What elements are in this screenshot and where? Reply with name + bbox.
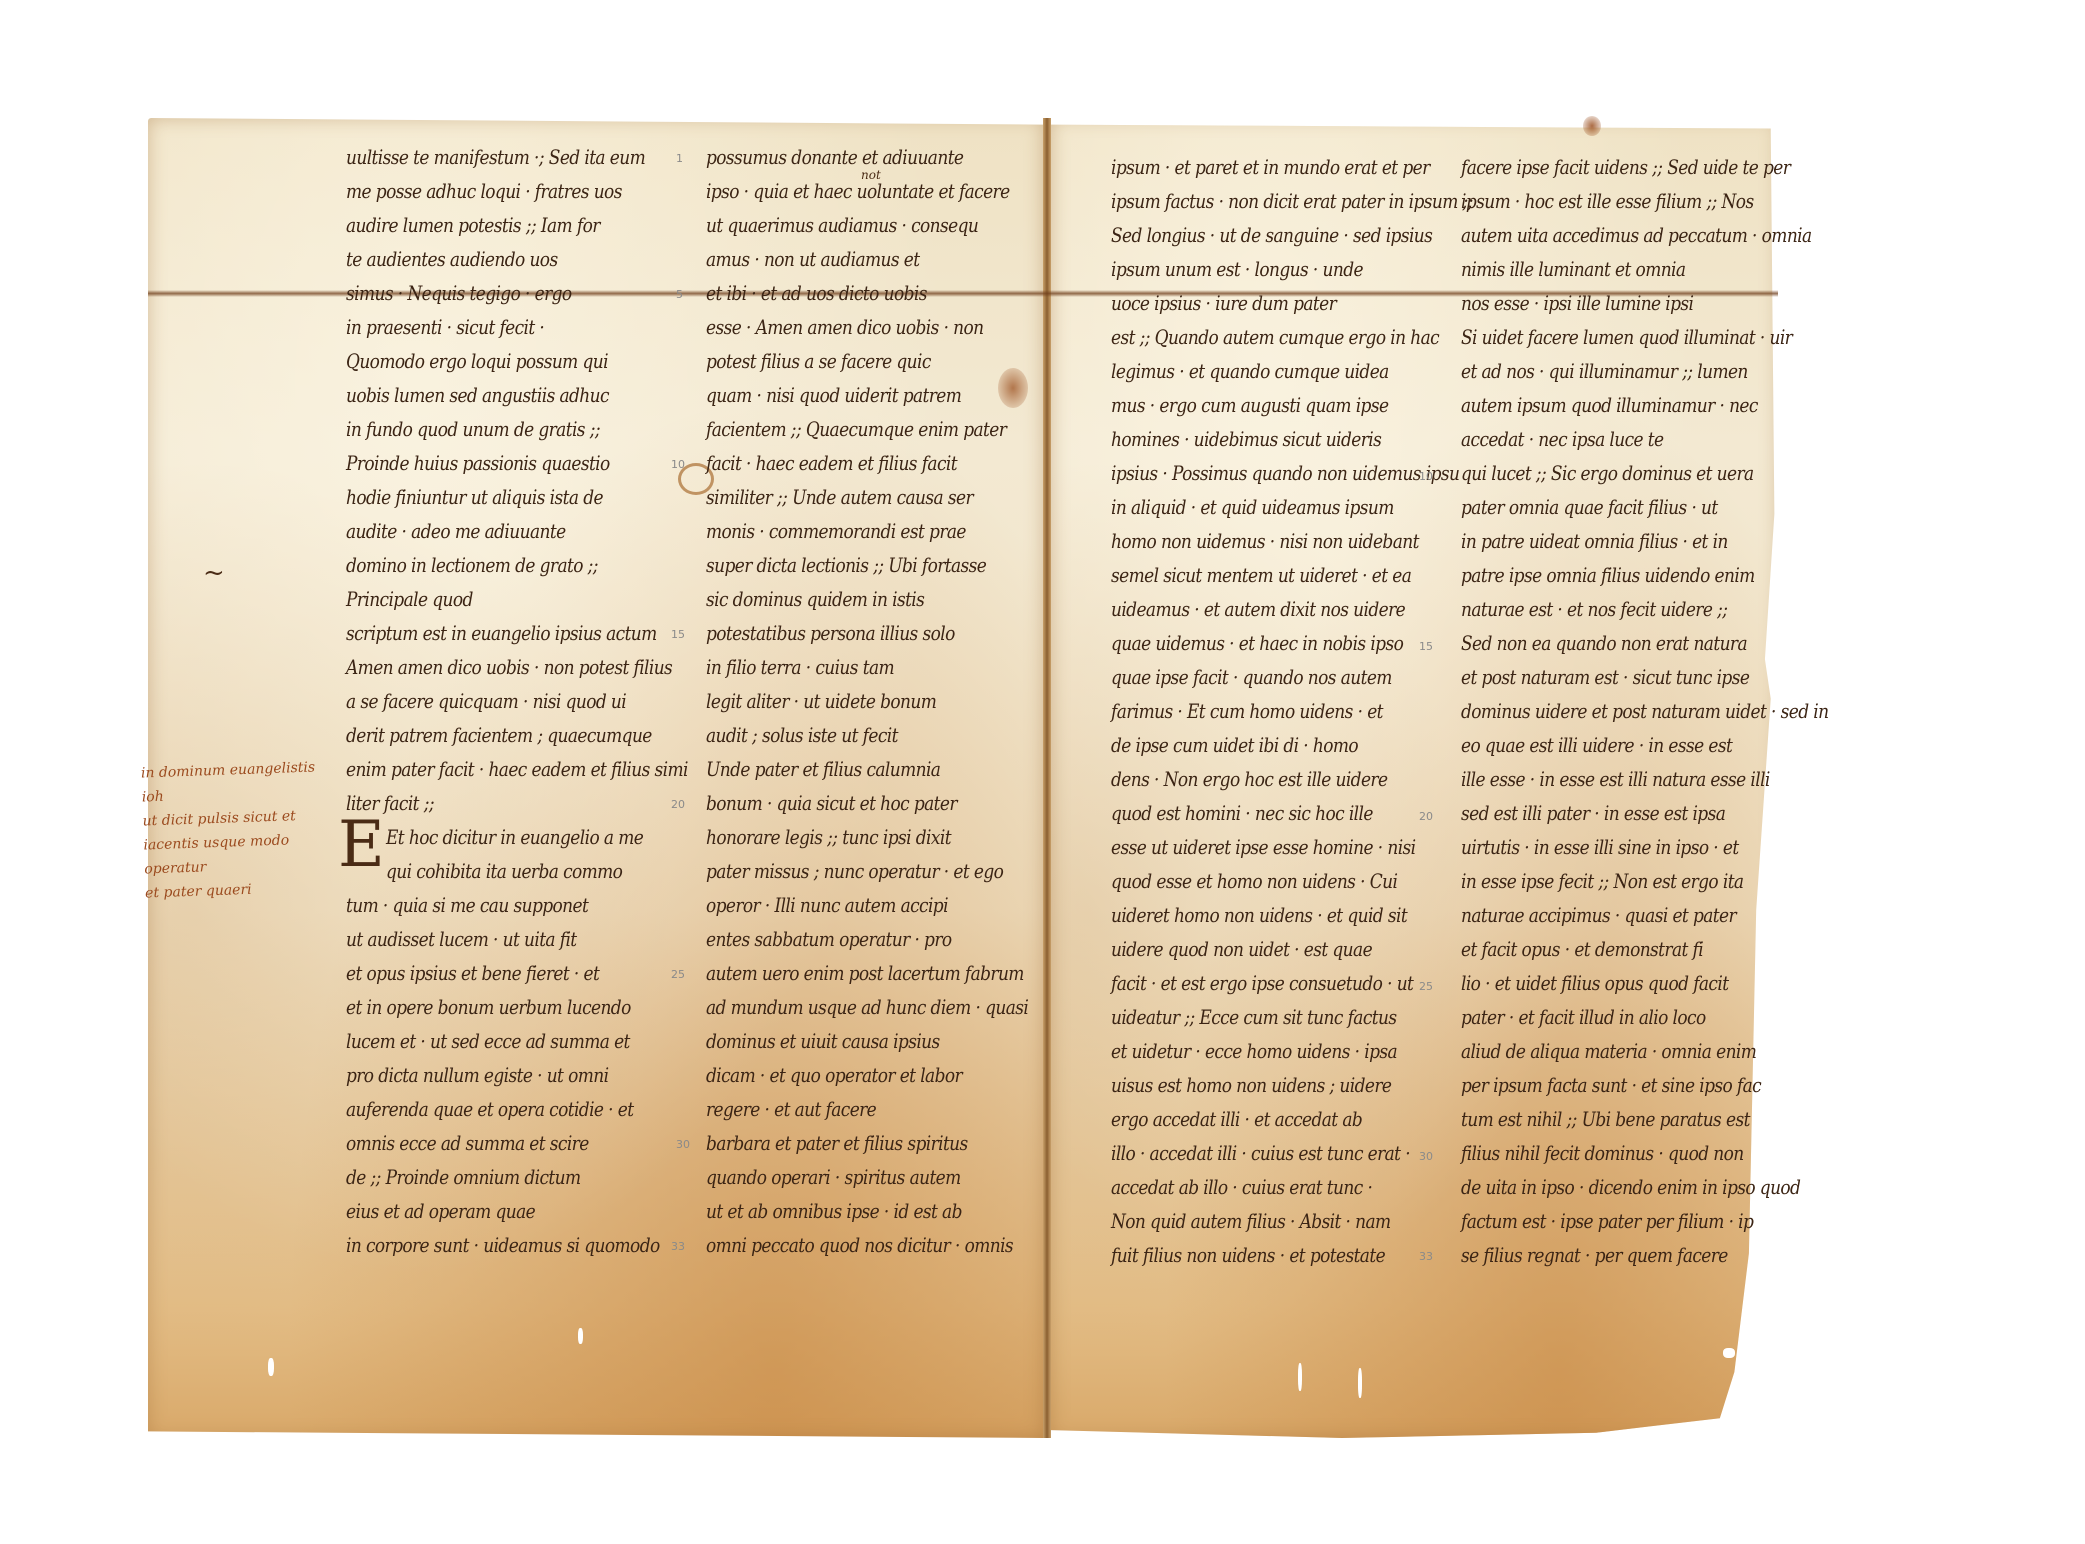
line-number: 20 [671, 798, 685, 811]
text-line: quae ipse facit · quando nos autem [1111, 667, 1392, 690]
text-line: mus · ergo cum augusti quam ipse [1111, 395, 1388, 418]
text-line: factum est · ipse pater per filium · ip [1461, 1211, 1753, 1234]
line-number: 33 [671, 1240, 685, 1253]
text-line: farimus · Et cum homo uidens · et [1111, 701, 1383, 724]
text-line: et uidetur · ecce homo uidens · ipsa [1111, 1041, 1397, 1064]
brown-stain [998, 368, 1028, 408]
text-line: me posse adhuc loqui · fratres uos [346, 181, 622, 204]
line-number: 30 [1419, 1150, 1433, 1163]
text-line: Quomodo ergo loqui possum qui [346, 351, 608, 374]
text-line: potestatibus persona illius solo [706, 623, 955, 646]
decorated-initial: E [338, 808, 385, 882]
line-number: 30 [676, 1138, 690, 1151]
text-line: omnis ecce ad summa et scire [346, 1133, 589, 1156]
line-number: 1 [676, 152, 683, 165]
text-line: potest filius a se facere quic [706, 351, 931, 374]
text-line: homo non uidemus · nisi non uidebant [1111, 531, 1419, 554]
center-fold [1043, 118, 1051, 1438]
text-line: Si uidet facere lumen quod illuminat · u… [1461, 327, 1792, 350]
text-line: eo quae est illi uidere · in esse est [1461, 735, 1732, 758]
gloss-line: in dominum euangelistis ioh [141, 755, 343, 810]
line-number: 25 [671, 968, 685, 981]
text-line: esse ut uideret ipse esse homine · nisi [1111, 837, 1416, 860]
text-line: autem ipsum quod illuminamur · nec [1461, 395, 1758, 418]
text-line: aliud de aliqua materia · omnia enim [1461, 1041, 1756, 1064]
text-line: naturae est · et nos fecit uidere ;; [1461, 599, 1727, 622]
line-number: 5 [676, 288, 683, 301]
top-stain [1583, 116, 1601, 136]
text-line: ille esse · in esse est illi natura esse… [1461, 769, 1770, 792]
text-line: fuit filius non uidens · et potestate [1111, 1245, 1385, 1268]
text-line: quod est homini · nec sic hoc ille [1111, 803, 1373, 826]
text-line: ad mundum usque ad hunc diem · quasi [706, 997, 1028, 1020]
text-line: in aliquid · et quid uideamus ipsum [1111, 497, 1394, 520]
text-line: super dicta lectionis ;; Ubi fortasse [706, 555, 986, 578]
text-line: uidere quod non uidet · est quae [1111, 939, 1372, 962]
text-line: tum est nihil ;; Ubi bene paratus est [1461, 1109, 1750, 1132]
text-line: uideamus · et autem dixit nos uidere [1111, 599, 1405, 622]
text-line: operor · Illi nunc autem accipi [706, 895, 948, 918]
text-line: tum · quia si me cau supponet [346, 895, 588, 918]
text-line: ut et ab omnibus ipse · id est ab [706, 1201, 962, 1224]
manuscript-bifolium: uultisse te manifestum ·; Sed ita eum me… [148, 118, 1778, 1438]
text-line: eius et ad operam quae [346, 1201, 535, 1224]
text-line: hodie finiuntur ut aliquis ista de [346, 487, 603, 510]
worm-hole [578, 1328, 583, 1344]
text-line: facit · haec eadem et filius facit [706, 453, 957, 476]
text-line: facere ipse facit uidens ;; Sed uide te … [1461, 157, 1790, 180]
line-number: 15 [1419, 640, 1433, 653]
text-line: ipsum · hoc est ille esse filium ;; Nos [1461, 191, 1754, 214]
text-line: est ;; Quando autem cumque ergo in hac [1111, 327, 1439, 350]
text-line: scriptum est in euangelio ipsius actum [346, 623, 657, 646]
worm-hole [1298, 1363, 1302, 1391]
text-line: uideatur ;; Ecce cum sit tunc factus [1111, 1007, 1396, 1030]
text-line: in praesenti · sicut fecit · [346, 317, 544, 340]
text-line: naturae accipimus · quasi et pater [1461, 905, 1736, 928]
text-line: se filius regnat · per quem facere [1461, 1245, 1728, 1268]
text-line: lucem et · ut sed ecce ad summa et [346, 1031, 630, 1054]
text-line: autem uero enim post lacertum fabrum [706, 963, 1024, 986]
text-line: uobis lumen sed angustiis adhuc [346, 385, 609, 408]
worm-hole [268, 1358, 274, 1376]
rubric: Principale quod [346, 589, 473, 612]
text-line: ipsum unum est · longus · unde [1111, 259, 1363, 282]
text-line: entes sabbatum operatur · pro [706, 929, 952, 952]
text-line: audit ; solus iste ut fecit [706, 725, 898, 748]
text-line: legit aliter · ut uidete bonum [706, 691, 936, 714]
text-line: in fundo quod unum de gratis ;; [346, 419, 600, 442]
text-line: Sed longius · ut de sanguine · sed ipsiu… [1111, 225, 1432, 248]
line-number: 10 [671, 458, 685, 471]
text-line: pater omnia quae facit filius · ut [1461, 497, 1718, 520]
text-line: ergo accedat illi · et accedat ab [1111, 1109, 1362, 1132]
line-number: 10 [1419, 470, 1433, 483]
text-line: nimis ille luminant et omnia [1461, 259, 1685, 282]
text-line: auferenda quae et opera cotidie · et [346, 1099, 633, 1122]
text-line: et post naturam est · sicut tunc ipse [1461, 667, 1749, 690]
text-line: dens · Non ergo hoc est ille uidere [1111, 769, 1387, 792]
line-number: 15 [671, 628, 685, 641]
text-line: accedat · nec ipsa luce te [1461, 429, 1663, 452]
text-line: quando operari · spiritus autem [706, 1167, 961, 1190]
text-line: Non quid autem filius · Absit · nam [1111, 1211, 1391, 1234]
text-line: amus · non ut audiamus et [706, 249, 920, 272]
text-line: derit patrem facientem ; quaecumque [346, 725, 652, 748]
text-line: illo · accedat illi · cuius est tunc era… [1111, 1143, 1410, 1166]
text-line: monis · commemorandi est prae [706, 521, 966, 544]
text-line: facit · et est ergo ipse consuetudo · ut [1111, 973, 1413, 996]
line-number: 20 [1419, 810, 1433, 823]
text-line: quam · nisi quod uiderit patrem [706, 385, 961, 408]
text-line: regere · et aut facere [706, 1099, 876, 1122]
text-line: uisus est homo non uidens ; uidere [1111, 1075, 1391, 1098]
text-line: pro dicta nullum egiste · ut omni [346, 1065, 608, 1088]
text-line: qui lucet ;; Sic ergo dominus et uera [1461, 463, 1754, 486]
text-line: qui cohibita ita uerba commo [386, 861, 622, 884]
text-line: barbara et pater et filius spiritus [706, 1133, 968, 1156]
text-line: nos esse · ipsi ille lumine ipsi [1461, 293, 1693, 316]
text-line: sed est illi pater · in esse est ipsa [1461, 803, 1725, 826]
text-line: sic dominus quidem in istis [706, 589, 924, 612]
text-line: de ipse cum uidet ibi di · homo [1111, 735, 1358, 758]
text-line: audite · adeo me adiuuante [346, 521, 566, 544]
text-line: patre ipse omnia filius uidendo enim [1461, 565, 1755, 588]
text-line: in filio terra · cuius tam [706, 657, 894, 680]
text-line: dicam · et quo operator et labor [706, 1065, 962, 1088]
text-line: bonum · quia sicut et hoc pater [706, 793, 957, 816]
text-line: quae uidemus · et haec in nobis ipso [1111, 633, 1403, 656]
text-line: et opus ipsius et bene fieret · et [346, 963, 599, 986]
text-line: uirtutis · in esse illi sine in ipso · e… [1461, 837, 1739, 860]
text-line: et facit opus · et demonstrat fi [1461, 939, 1703, 962]
text-line: autem uita accedimus ad peccatum · omnia [1461, 225, 1812, 248]
text-line: semel sicut mentem ut uideret · et ea [1111, 565, 1411, 588]
text-line: similiter ;; Unde autem causa ser [706, 487, 973, 510]
text-line: ipsum · et paret et in mundo erat et per [1111, 157, 1430, 180]
text-line: Sed non ea quando non erat natura [1461, 633, 1747, 656]
line-number: 25 [1419, 980, 1433, 993]
text-line: audire lumen potestis ;; Iam for [346, 215, 600, 238]
text-line: et ibi · et ad uos dicto uobis [706, 283, 927, 306]
text-line: Amen amen dico uobis · non potest filius [346, 657, 672, 680]
text-line: a se facere quicquam · nisi quod ui [346, 691, 626, 714]
text-line: esse · Amen amen dico uobis · non [706, 317, 984, 340]
text-line: ut quaerimus audiamus · consequ [706, 215, 978, 238]
text-line: honorare legis ;; tunc ipsi dixit [706, 827, 951, 850]
worm-hole [1723, 1348, 1735, 1358]
text-line: et in opere bonum uerbum lucendo [346, 997, 631, 1020]
text-line: possumus donante et adiuuante [706, 147, 963, 170]
text-line: Proinde huius passionis quaestio [346, 453, 610, 476]
text-line: Et hoc dicitur in euangelio a me [386, 827, 643, 850]
text-line: dominus et uiuit causa ipsius [706, 1031, 940, 1054]
text-line: homines · uidebimus sicut uideris [1111, 429, 1381, 452]
text-line: facientem ;; Quaecumque enim pater [706, 419, 1006, 442]
text-line: accedat ab illo · cuius erat tunc · [1111, 1177, 1372, 1200]
text-line: enim pater facit · haec eadem et filius … [346, 759, 688, 782]
text-line: ipso · quia et haec uoluntate et facere [706, 181, 1010, 204]
text-line: per ipsum facta sunt · et sine ipso fac [1461, 1075, 1761, 1098]
text-line: pater · et facit illud in alio loco [1461, 1007, 1706, 1030]
text-line: in esse ipse fecit ;; Non est ergo ita [1461, 871, 1743, 894]
text-line: quod esse et homo non uidens · Cui [1111, 871, 1397, 894]
text-line: ipsius · Possimus quando non uidemus ips… [1111, 463, 1459, 486]
text-line: in corpore sunt · uideamus si quomodo [346, 1235, 660, 1258]
text-line: Unde pater et filius calumnia [706, 759, 940, 782]
marginal-mark: ~ [203, 558, 225, 588]
text-line: legimus · et quando cumque uidea [1111, 361, 1389, 384]
text-line: te audientes audiendo uos [346, 249, 558, 272]
marginal-gloss: in dominum euangelistis ioh ut dicit pul… [141, 755, 346, 906]
text-line: filius nihil fecit dominus · quod non [1461, 1143, 1744, 1166]
text-line: de uita in ipso · dicendo enim in ipso q… [1461, 1177, 1800, 1200]
text-line: lio · et uidet filius opus quod facit [1461, 973, 1728, 996]
text-line: uultisse te manifestum ·; Sed ita eum [346, 147, 645, 170]
text-line: et ad nos · qui illuminamur ;; lumen [1461, 361, 1748, 384]
text-line: ipsum factus · non dicit erat pater in i… [1111, 191, 1473, 214]
text-line: omni peccato quod nos dicitur · omnis [706, 1235, 1013, 1258]
text-line: in patre uideat omnia filius · et in [1461, 531, 1728, 554]
text-line: de ;; Proinde omnium dictum [346, 1167, 581, 1190]
line-number: 33 [1419, 1250, 1433, 1263]
text-line: simus · Nequis tegigo · ergo [346, 283, 572, 306]
gloss-line: iacentis usque modo operatur [143, 827, 345, 882]
text-line: pater missus ; nunc operatur · et ego [706, 861, 1003, 884]
worm-hole [1358, 1368, 1362, 1398]
text-line: ut audisset lucem · ut uita fit [346, 929, 577, 952]
text-line: uoce ipsius · iure dum pater [1111, 293, 1336, 316]
text-line: uideret homo non uidens · et quid sit [1111, 905, 1407, 928]
text-line: dominus uidere et post naturam uidet · s… [1461, 701, 1828, 724]
text-line: domino in lectionem de grato ;; [346, 555, 598, 578]
